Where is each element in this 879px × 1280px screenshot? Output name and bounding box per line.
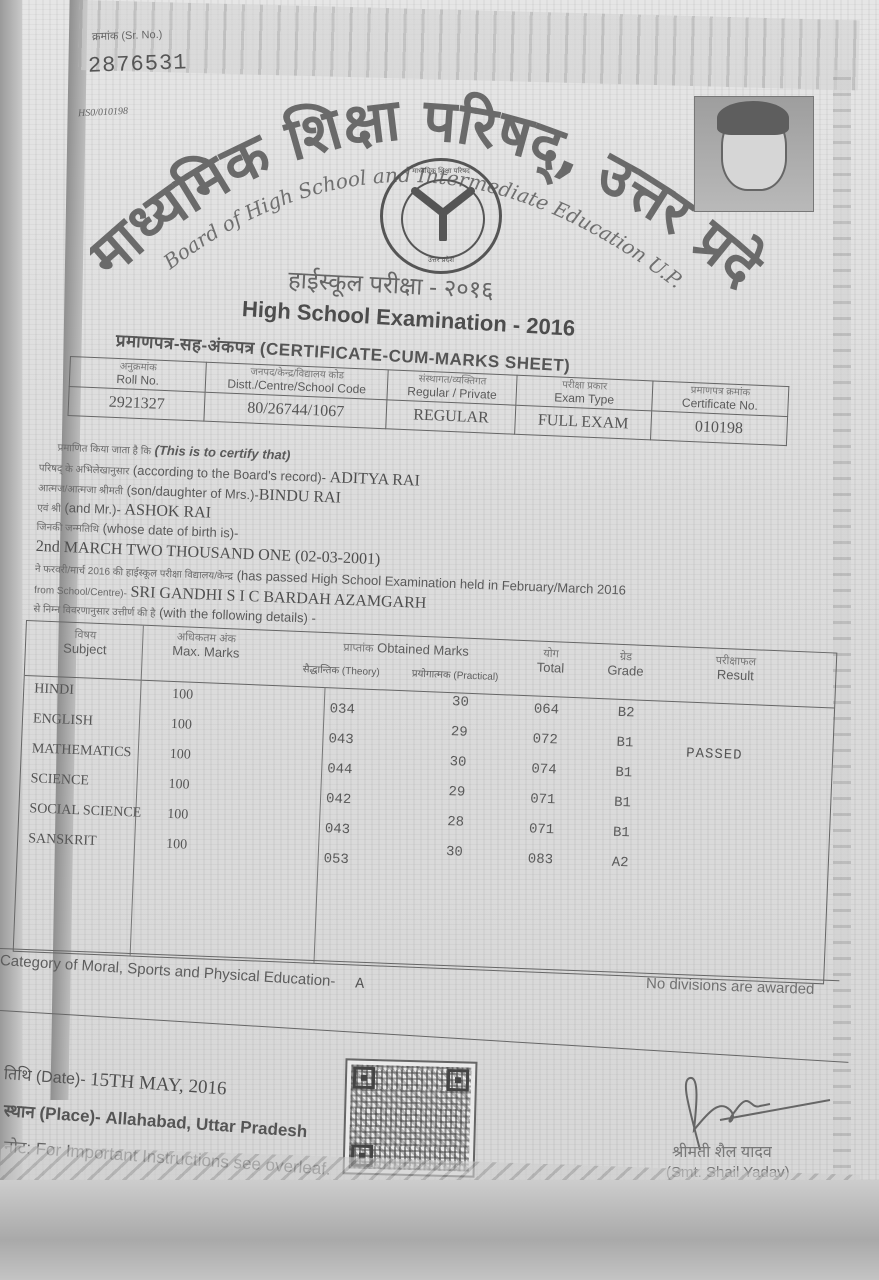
school-line: from School/Centre)- (34, 585, 127, 600)
marks-grade: B1 (613, 825, 630, 842)
mother-name: BINDU RAI (258, 486, 341, 506)
record-line-hindi: परिषद् के अभिलेखानुसार (39, 463, 130, 477)
marks-subject: HINDI (34, 681, 74, 699)
marks-grade: B1 (616, 735, 633, 752)
marks-max: 100 (167, 807, 189, 824)
marks-subject: SANSKRIT (28, 831, 97, 850)
marks-total: 071 (530, 791, 556, 808)
marks-subject: ENGLISH (33, 711, 93, 729)
marks-practical: 30 (449, 754, 466, 771)
up-board-emblem-icon: माध्यमिक शिक्षा परिषद उत्तर प्रदेश (380, 158, 502, 274)
emblem-glyph (405, 181, 481, 247)
marks-total: 071 (529, 821, 555, 838)
father-line-hindi: एवं श्री (37, 503, 61, 515)
marks-grade: B1 (614, 795, 631, 812)
exam-type-value: FULL EXAM (515, 405, 652, 440)
marks-subject: SCIENCE (30, 771, 89, 789)
marks-theory: 034 (329, 701, 355, 718)
page-edge (0, 0, 22, 1280)
student-name: ADITYA RAI (329, 469, 420, 489)
marks-subject: MATHEMATICS (31, 741, 131, 761)
marks-practical: 28 (447, 814, 464, 831)
regular-private-value: REGULAR (386, 400, 516, 434)
marks-practical: 30 (452, 694, 469, 711)
marks-subject: SOCIAL SCIENCE (29, 801, 141, 821)
marks-grade: B1 (615, 765, 632, 782)
marks-theory: 053 (323, 851, 349, 868)
signatory-name-hindi: श्रीमती शैल यादव (672, 1140, 772, 1162)
certificate-no-value: 010198 (650, 411, 787, 446)
marks-total: 064 (533, 701, 559, 718)
marks-max: 100 (166, 837, 188, 854)
roll-no-value: 2921327 (68, 386, 205, 421)
obtained-header-hindi: प्राप्तांक (343, 642, 374, 655)
marks-practical: 30 (446, 844, 463, 861)
total-header: Total (537, 659, 565, 675)
emblem-bottom-text: उत्तर प्रदेश (383, 256, 499, 265)
certificate-right-border (833, 70, 851, 1200)
marks-max: 100 (168, 777, 190, 794)
page-bottom-edge (0, 1180, 879, 1280)
obtained-header: Obtained Marks (377, 640, 469, 659)
grade-header: Grade (607, 662, 644, 678)
marks-grade: B2 (617, 705, 634, 722)
marks-practical: 29 (448, 784, 465, 801)
marks-theory: 043 (325, 821, 351, 838)
marks-table: विषयSubject अधिकतम अंकMax. Marks प्राप्त… (13, 620, 838, 984)
date-label: तिथि (Date)- (3, 1066, 86, 1089)
serial-label: क्रमांक (Sr. No.) (92, 27, 163, 44)
mother-line-hindi: आत्मज/आत्मजा श्रीमती (38, 483, 123, 497)
emblem-top-text: माध्यमिक शिक्षा परिषद (383, 167, 499, 176)
dob-line-hindi: जिनकी जन्मतिथि (36, 522, 99, 535)
marks-max: 100 (171, 717, 193, 734)
result-header: Result (717, 666, 754, 682)
max-marks-header: Max. Marks (172, 643, 240, 661)
father-name: ASHOK RAI (124, 501, 211, 521)
marks-theory: 042 (326, 791, 352, 808)
moral-education-grade: A (355, 975, 365, 993)
practical-header: प्रयोगात्मक (Practical) (385, 667, 525, 684)
mother-line: (son/daughter of Mrs.)- (126, 482, 259, 502)
marks-total: 074 (531, 761, 557, 778)
marks-total: 072 (532, 731, 558, 748)
student-photo (694, 96, 814, 212)
marks-total: 083 (527, 851, 553, 868)
subject-header: Subject (63, 640, 107, 657)
result-value: PASSED (686, 746, 743, 764)
father-line: (and Mr.)- (64, 500, 121, 517)
marks-theory: 044 (327, 761, 353, 778)
marks-max: 100 (169, 747, 191, 764)
marks-practical: 29 (451, 724, 468, 741)
marks-theory: 043 (328, 731, 354, 748)
marks-grade: A2 (611, 855, 628, 872)
marks-max: 100 (172, 687, 194, 704)
